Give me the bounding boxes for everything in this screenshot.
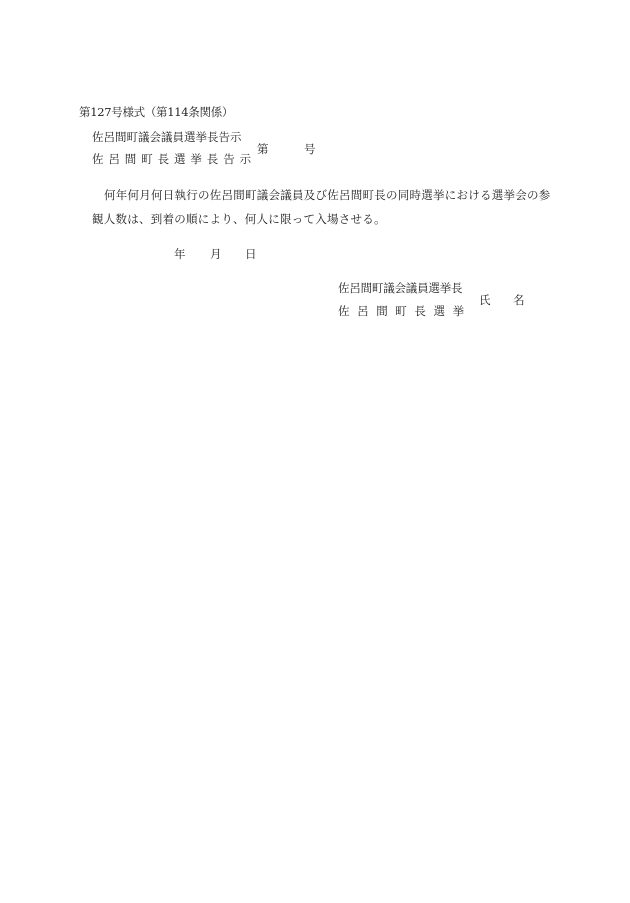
signature-title-council: 佐呂間町議会議員選挙長: [338, 280, 462, 296]
date-day-label: 日: [245, 246, 257, 262]
notice-number-prefix: 第: [257, 141, 269, 157]
body-text-line-2: 観人数は、到着の順により、何人に限って入場させる。: [92, 211, 386, 227]
notice-number-suffix: 号: [304, 141, 316, 157]
date-year-label: 年: [174, 246, 186, 262]
signature-name-label-surname: 氏: [479, 292, 491, 308]
notice-title-mayor: 佐呂間町長選挙長告示: [92, 151, 256, 167]
signature-title-mayor: 佐呂間町長選挙: [338, 303, 472, 319]
body-text-line-1: 何年何月何日執行の佐呂間町議会議員及び佐呂間町長の同時選挙における選挙会の参: [104, 187, 551, 203]
signature-name-label-given: 名: [513, 292, 525, 308]
notice-title-council: 佐呂間町議会議員選挙長告示: [92, 129, 242, 145]
date-month-label: 月: [210, 246, 222, 262]
form-id-heading: 第127号様式（第114条関係）: [79, 104, 233, 120]
